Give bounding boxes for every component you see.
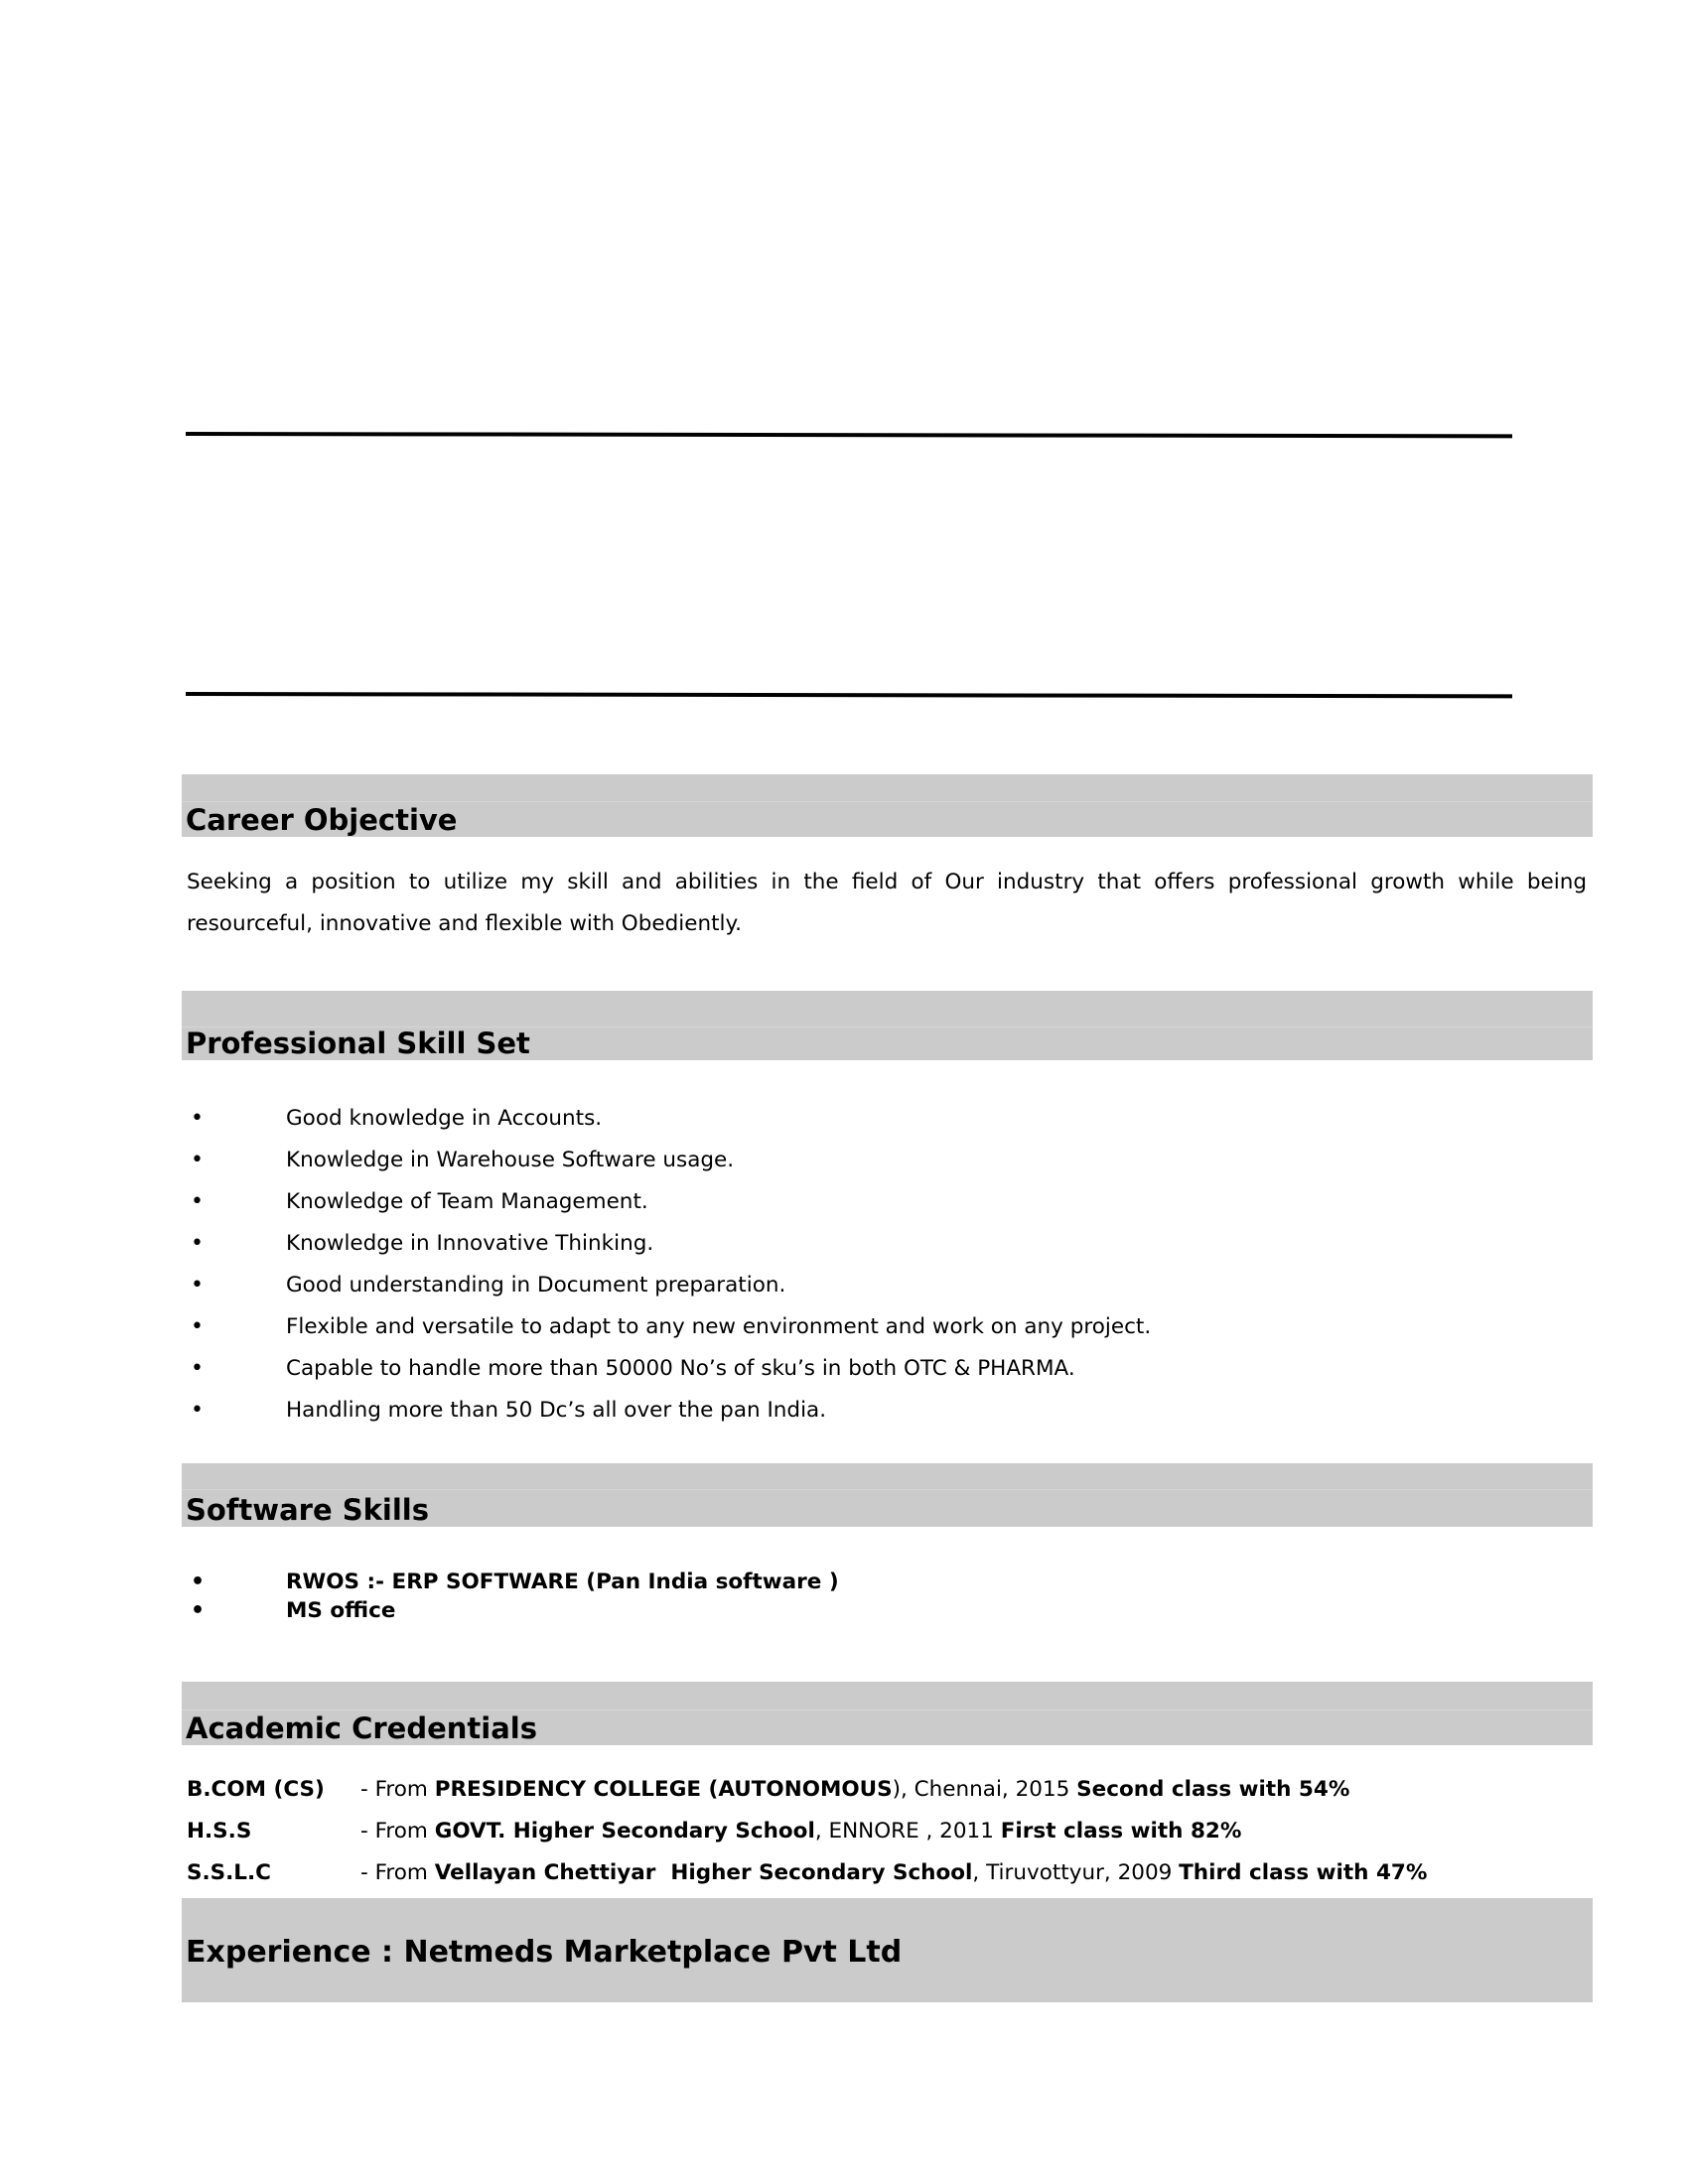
- degree-details: - From PRESIDENCY COLLEGE (AUTONOMOUS), …: [360, 1769, 1349, 1811]
- list-item: •Good knowledge in Accounts.: [187, 1098, 1151, 1140]
- bullet-icon: •: [191, 1265, 204, 1306]
- bullet-icon: •: [191, 1568, 205, 1596]
- bullet-icon: •: [191, 1348, 204, 1390]
- bullet-icon: •: [191, 1140, 204, 1181]
- list-item: •RWOS :- ERP SOFTWARE (Pan India softwar…: [187, 1568, 839, 1596]
- result-text: Second class with 54%: [1076, 1777, 1349, 1802]
- skill-text: Good understanding in Document preparati…: [286, 1273, 785, 1297]
- section-header-divider: [182, 801, 1593, 802]
- software-text: RWOS :- ERP SOFTWARE (Pan India software…: [286, 1570, 839, 1594]
- bullet-icon: •: [191, 1306, 204, 1348]
- professional-skills-list: •Good knowledge in Accounts. •Knowledge …: [187, 1098, 1151, 1432]
- section-header-divider: [182, 1709, 1593, 1710]
- bullet-icon: •: [191, 1223, 204, 1265]
- section-title: Experience : Netmeds Marketplace Pvt Ltd: [186, 1938, 902, 1968]
- section-header-career-objective: Career Objective: [182, 774, 1593, 837]
- list-item: •Handling more than 50 Dc’s all over the…: [187, 1390, 1151, 1432]
- location-year: , ENNORE , 2011: [815, 1819, 1001, 1843]
- section-header-professional-skills: Professional Skill Set: [182, 991, 1593, 1060]
- list-item: •Good understanding in Document preparat…: [187, 1265, 1151, 1306]
- section-title: Professional Skill Set: [186, 1029, 530, 1058]
- institution-name: GOVT. Higher Secondary School: [435, 1819, 815, 1843]
- skill-text: Good knowledge in Accounts.: [286, 1106, 602, 1131]
- degree-label: S.S.L.C: [187, 1852, 271, 1894]
- section-header-experience: Experience : Netmeds Marketplace Pvt Ltd: [182, 1898, 1593, 2002]
- skill-text: Knowledge in Warehouse Software usage.: [286, 1148, 734, 1172]
- bullet-icon: •: [191, 1596, 205, 1625]
- degree-details: - From GOVT. Higher Secondary School, EN…: [360, 1811, 1241, 1852]
- list-item: •Knowledge in Warehouse Software usage.: [187, 1140, 1151, 1181]
- list-item: •Knowledge in Innovative Thinking.: [187, 1223, 1151, 1265]
- bullet-icon: •: [191, 1181, 204, 1223]
- software-skills-list: •RWOS :- ERP SOFTWARE (Pan India softwar…: [187, 1568, 839, 1625]
- skill-text: Capable to handle more than 50000 No’s o…: [286, 1356, 1075, 1381]
- section-title: Software Skills: [186, 1496, 429, 1525]
- section-title: Career Objective: [186, 806, 457, 835]
- header-divider-bottom: [186, 692, 1512, 698]
- section-title: Academic Credentials: [186, 1714, 537, 1743]
- software-text: MS office: [286, 1598, 395, 1623]
- from-prefix: - From: [360, 1819, 435, 1843]
- location-year: ), Chennai, 2015: [893, 1777, 1077, 1802]
- from-prefix: - From: [360, 1860, 435, 1885]
- location-year: , Tiruvottyur, 2009: [972, 1860, 1179, 1885]
- institution-name: Vellayan Chettiyar Higher Secondary Scho…: [435, 1860, 973, 1885]
- list-item: •MS office: [187, 1596, 839, 1625]
- bullet-icon: •: [191, 1098, 204, 1140]
- skill-text: Handling more than 50 Dc’s all over the …: [286, 1398, 826, 1423]
- bullet-icon: •: [191, 1390, 204, 1432]
- from-prefix: - From: [360, 1777, 435, 1802]
- degree-details: - From Vellayan Chettiyar Higher Seconda…: [360, 1852, 1427, 1894]
- section-header-software-skills: Software Skills: [182, 1463, 1593, 1527]
- list-item: •Flexible and versatile to adapt to any …: [187, 1306, 1151, 1348]
- skill-text: Flexible and versatile to adapt to any n…: [286, 1314, 1151, 1339]
- list-item: •Capable to handle more than 50000 No’s …: [187, 1348, 1151, 1390]
- degree-label: B.COM (CS): [187, 1769, 325, 1811]
- section-header-academic-credentials: Academic Credentials: [182, 1682, 1593, 1745]
- header-divider-top: [186, 432, 1512, 438]
- skill-text: Knowledge in Innovative Thinking.: [286, 1231, 653, 1256]
- degree-label: H.S.S: [187, 1811, 251, 1852]
- list-item: •Knowledge of Team Management.: [187, 1181, 1151, 1223]
- skill-text: Knowledge of Team Management.: [286, 1189, 648, 1214]
- career-objective-text: Seeking a position to utilize my skill a…: [187, 862, 1587, 945]
- section-header-divider: [182, 1489, 1593, 1490]
- institution-name: PRESIDENCY COLLEGE (AUTONOMOUS: [435, 1777, 893, 1802]
- result-text: Third class with 47%: [1179, 1860, 1427, 1885]
- result-text: First class with 82%: [1001, 1819, 1242, 1843]
